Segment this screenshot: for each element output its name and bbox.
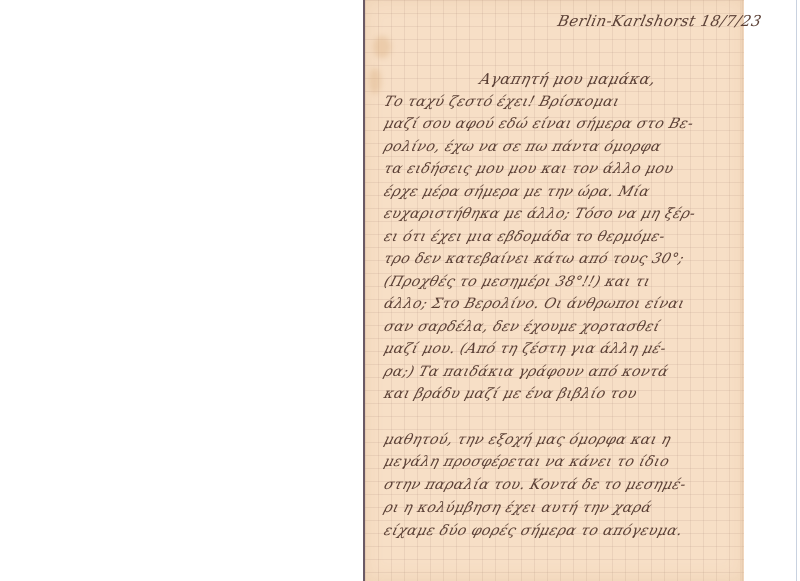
letter-line: ευχαριστήθηκα με άλλο; Τόσο να μη ξέρ-	[382, 206, 737, 222]
letter-line: στην παραλία του. Κοντά δε το μεσημέ-	[382, 477, 737, 493]
letter-line: ρα;) Τα παιδάκια γράφουν από κοντά	[382, 364, 737, 380]
letter-line: τρο δεν κατεβαίνει κάτω από τους 30°;	[382, 251, 737, 267]
letter-line: άλλο; Στο Βερολίνο. Οι άνθρωποι είναι	[382, 296, 737, 312]
paper-stain	[373, 36, 391, 58]
letter-line: ει ότι έχει μια εβδομάδα το θερμόμε-	[382, 229, 737, 245]
letter-line: ρολίνο, έχω να σε πω πάντα όμορφα	[382, 139, 737, 155]
scan-edge	[796, 0, 797, 581]
letter-line: (Προχθές το μεσημέρι 38°!!) και τι	[382, 274, 737, 290]
letter-line: ρι η κολύμβηση έχει αυτή την χαρά	[382, 500, 737, 516]
salutation: Αγαπητή μου μαμάκα,	[478, 70, 658, 88]
letter-line: Το ταχύ ζεστό έχει! Βρίσκομαι	[382, 94, 737, 110]
letter-line: μεγάλη προσφέρεται να κάνει το ίδιο	[382, 454, 737, 470]
place-and-date: Berlin-Karlshorst 18/7/23	[556, 12, 763, 30]
letter-line: τα ειδήσεις μου μου και τον άλλο μου	[382, 161, 737, 177]
letter-line: σαν σαρδέλα, δεν έχουμε χορτασθεί	[382, 319, 737, 335]
letter-line: είχαμε δύο φορές σήμερα το απόγευμα.	[382, 523, 737, 539]
letter-line: έρχε μέρα σήμερα με την ώρα. Μία	[382, 184, 737, 200]
scanned-letter-page: Berlin-Karlshorst 18/7/23 Αγαπητή μου μα…	[0, 0, 800, 581]
letter-line: μαζί σου αφού εδώ είναι σήμερα στο Βε-	[382, 116, 737, 132]
letter-line: και βράδυ μαζί με ένα βιβλίο του	[382, 386, 737, 402]
letter-line: μαθητού, την εξοχή μας όμορφα και η	[382, 432, 737, 448]
letter-line: μαζί μου. (Από τη ζέστη για άλλη μέ-	[382, 341, 737, 357]
paper-stain	[369, 68, 381, 94]
